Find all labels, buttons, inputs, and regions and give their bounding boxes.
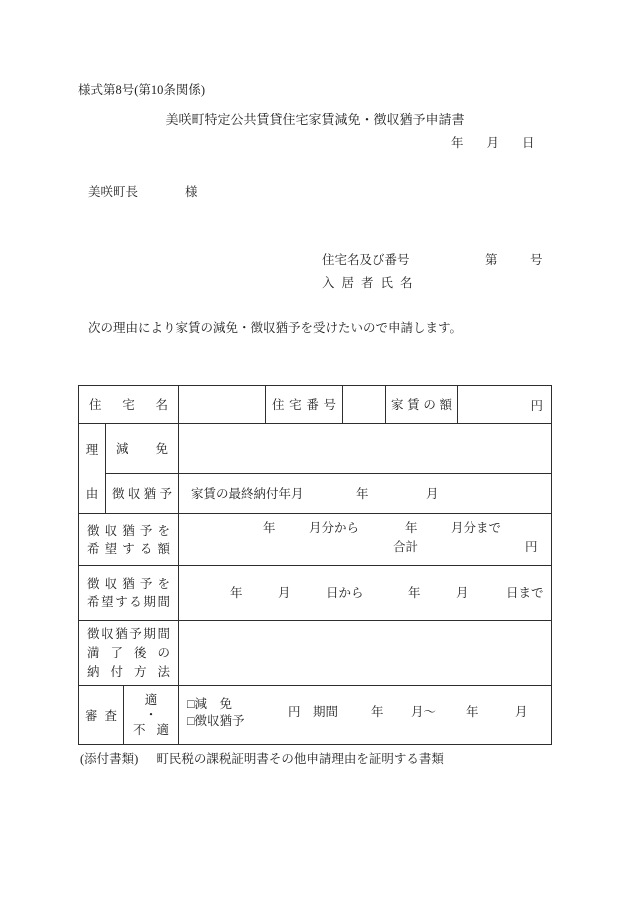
table-row-deferment-period: 徴収猶予を 希望する期間 年 月 日から 年 月 日まで: [79, 566, 551, 621]
review-dot-label: ・: [133, 708, 169, 723]
reduction-reason-field: [179, 424, 551, 473]
reduction-row: 減免: [106, 424, 551, 474]
document-title: 美咲町特定公共賃貸住宅家賃減免・徴収猶予申請書: [0, 112, 630, 128]
review-month2-label: 月: [515, 706, 528, 719]
period-month-from-label: 月: [278, 587, 291, 600]
amount-year-from-label: 年: [263, 522, 276, 535]
deferment-label-cell: 徴収猶予: [106, 474, 179, 513]
period-year-to-label: 年: [408, 587, 421, 600]
housing-number-label: 住宅番号: [272, 396, 336, 414]
date-year-label: 年: [451, 136, 464, 151]
deferment-period-label-line2: 希望する期間: [87, 593, 170, 611]
review-checkbox-deferment: □徴収猶予: [187, 715, 245, 728]
no-prefix-label: 第: [485, 254, 498, 267]
review-yen-label: 円: [288, 706, 301, 719]
deferment-period-label-cell: 徴収猶予を 希望する期間: [79, 566, 179, 620]
period-day-to-label: 日まで: [506, 587, 544, 600]
deferment-period-field: 年 月 日から 年 月 日まで: [179, 566, 551, 620]
table-row-payment-method: 徴収猶予期間 満了後の 納付方法: [79, 621, 551, 686]
reason-label-bottom: 由: [79, 473, 105, 513]
housing-number-field: [343, 386, 386, 423]
deferment-row: 徴収猶予 家賃の最終納付年月 年 月: [106, 474, 551, 513]
no-suffix-label: 号: [530, 254, 543, 267]
form-number-label: 様式第8号(第10条関係): [78, 83, 205, 98]
period-month-to-label: 月: [456, 587, 469, 600]
application-table: 住宅名 住宅番号 家賃の額 円 理 由 減免: [78, 385, 552, 745]
deferment-amount-label-line1: 徴収猶予を: [87, 522, 170, 540]
honorific-label: 様: [185, 185, 198, 199]
reduction-label: 減免: [116, 440, 168, 458]
date-day-label: 日: [522, 136, 535, 151]
resident-name-label: 入居者氏名: [322, 276, 420, 291]
amount-year-to-label: 年: [405, 522, 418, 535]
intro-sentence: 次の理由により家賃の減免・徴収猶予を受けたいので申請します。: [88, 321, 462, 336]
review-fail-label: 不適: [133, 723, 169, 738]
housing-number-line: 住宅名及び番号 第 号: [322, 253, 552, 269]
date-month-label: 月: [487, 136, 500, 151]
last-paid-label: 家賃の最終納付年月: [191, 488, 304, 501]
deferment-reason-field: 家賃の最終納付年月 年 月: [179, 474, 551, 513]
review-year2-label: 年: [466, 706, 479, 719]
review-period-label: 期間: [313, 706, 338, 719]
rent-yen-label: 円: [530, 396, 543, 414]
reduction-label-cell: 減免: [106, 424, 179, 473]
table-row-reason: 理 由 減免 徴収猶予 家賃の最終納付年月 年 月: [79, 424, 551, 514]
amount-total-label: 合計: [393, 541, 418, 554]
review-month1-label: 月～: [411, 706, 436, 719]
period-day-from-label: 日から: [326, 587, 364, 600]
date-line: 年 月 日: [451, 136, 535, 151]
table-row-review: 審査 適 ・ 不適 □減 免 □徴収猶予 円 期間 年 月～ 年 月: [79, 686, 551, 745]
addressee-label: 美咲町長: [88, 185, 138, 199]
deferment-amount-label-line2: 希望する額: [87, 540, 170, 558]
review-pass-label: 適: [133, 693, 169, 708]
review-label: 審査: [85, 707, 117, 725]
table-row-deferment-amount: 徴収猶予を 希望する額 年 月分から 年 月分まで 合計 円: [79, 514, 551, 566]
review-detail-field: □減 免 □徴収猶予 円 期間 年 月～ 年 月: [179, 686, 551, 745]
deferment-amount-label-cell: 徴収猶予を 希望する額: [79, 514, 179, 565]
reason-vertical-label-cell: 理 由: [79, 424, 106, 513]
application-form-document: 様式第8号(第10条関係) 美咲町特定公共賃貸住宅家賃減免・徴収猶予申請書 年 …: [0, 0, 630, 903]
review-year1-label: 年: [371, 706, 384, 719]
payment-method-label-line1: 徴収猶予期間: [87, 625, 170, 644]
rent-amount-label: 家賃の額: [391, 396, 452, 414]
housing-name-field: [179, 386, 266, 423]
review-label-cell: 審査: [79, 686, 124, 745]
review-result-cell: 適 ・ 不適: [124, 686, 179, 745]
housing-number-label-cell: 住宅番号: [266, 386, 343, 423]
deferment-period-label-line1: 徴収猶予を: [87, 575, 170, 593]
addressee-line: 美咲町長様: [88, 185, 198, 200]
payment-method-field: [179, 621, 551, 685]
housing-name-label-cell: 住宅名: [79, 386, 179, 423]
attachment-note: (添付書類)町民税の課税証明書その他申請理由を証明する書類: [80, 752, 444, 767]
amount-month-from-label: 月分から: [309, 522, 359, 535]
reason-label-top: 理: [79, 424, 105, 473]
payment-method-label-line3: 納付方法: [87, 663, 170, 682]
table-row-housing: 住宅名 住宅番号 家賃の額 円: [79, 386, 551, 424]
last-paid-month-label: 月: [426, 488, 439, 501]
attachment-note-text: 町民税の課税証明書その他申請理由を証明する書類: [156, 752, 444, 766]
payment-method-label-line2: 満了後の: [87, 644, 170, 663]
review-checkbox-reduction: □減 免: [187, 698, 232, 711]
amount-yen-label: 円: [525, 541, 538, 554]
deferment-amount-field: 年 月分から 年 月分まで 合計 円: [179, 514, 551, 565]
rent-amount-field: 円: [458, 386, 551, 423]
last-paid-year-label: 年: [356, 488, 369, 501]
rent-amount-label-cell: 家賃の額: [386, 386, 458, 423]
housing-number-line-label: 住宅名及び番号: [322, 253, 410, 267]
housing-name-label: 住宅名: [89, 396, 168, 414]
amount-month-to-label: 月分まで: [451, 522, 501, 535]
payment-method-label-cell: 徴収猶予期間 満了後の 納付方法: [79, 621, 179, 685]
attachment-note-label: (添付書類): [80, 752, 138, 766]
period-year-from-label: 年: [230, 587, 243, 600]
deferment-label: 徴収猶予: [112, 485, 172, 503]
